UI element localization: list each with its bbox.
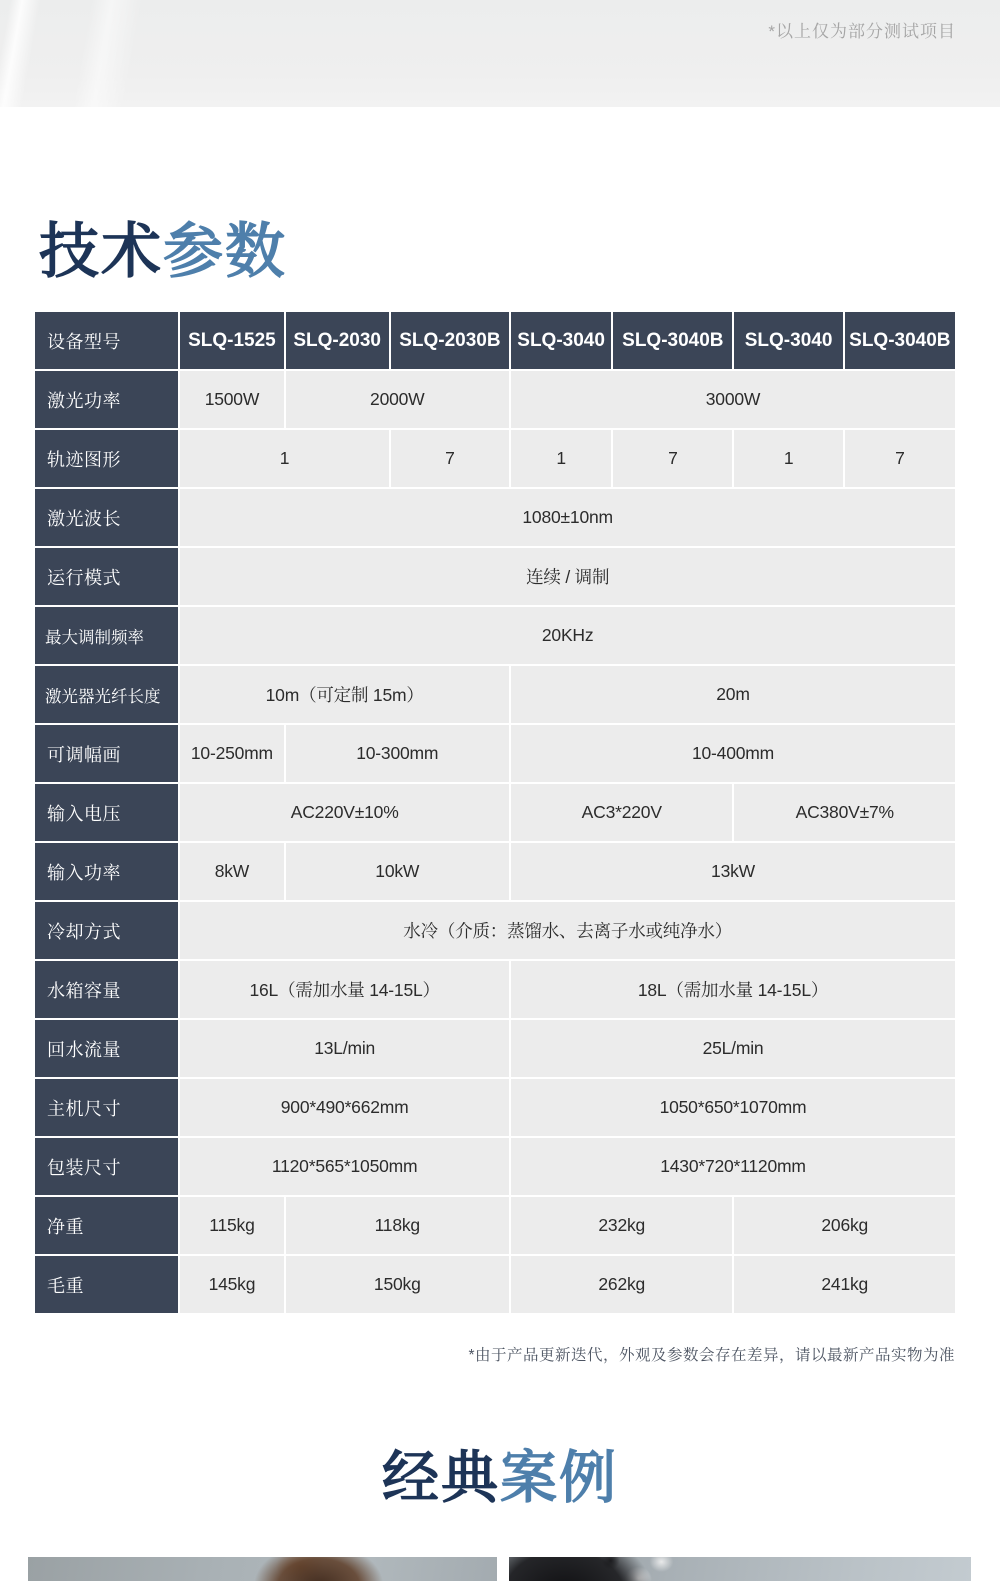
spec-value-cell: 1120*565*1050mm (179, 1137, 510, 1196)
spec-value-cell: 7 (390, 429, 510, 488)
spec-value-cell: 900*490*662mm (179, 1078, 510, 1137)
spec-table-row: 运行模式连续 / 调制 (34, 547, 956, 606)
spec-row-label: 毛重 (34, 1255, 179, 1314)
spec-value-cell: 16L（需加水量 14-15L） (179, 960, 510, 1019)
spec-value-cell: 1 (179, 429, 389, 488)
case-photo-rusty-metal-part (28, 1557, 497, 1581)
model-header-3: SLQ-3040 (510, 311, 612, 370)
spec-value-cell: 1050*650*1070mm (510, 1078, 956, 1137)
spec-row-label: 回水流量 (34, 1019, 179, 1078)
case-photo-engine-block (509, 1557, 971, 1581)
spec-value-cell: 10m（可定制 15m） (179, 665, 510, 724)
spec-value-cell: 18L（需加水量 14-15L） (510, 960, 956, 1019)
classic-cases-title-dark: 经典 (382, 1446, 500, 1510)
spec-row-label: 轨迹图形 (34, 429, 179, 488)
spec-table-row: 最大调制频率20KHz (34, 606, 956, 665)
spec-row-label: 激光器光纤长度 (34, 665, 179, 724)
spec-table-row: 轨迹图形171717 (34, 429, 956, 488)
spec-value-cell: 13kW (510, 842, 956, 901)
model-header-2: SLQ-2030B (390, 311, 510, 370)
spec-value-cell: 10-400mm (510, 724, 956, 783)
spec-table-row: 激光器光纤长度10m（可定制 15m）20m (34, 665, 956, 724)
spec-value-cell: 262kg (510, 1255, 733, 1314)
spec-value-cell: 1430*720*1120mm (510, 1137, 956, 1196)
spec-table: 设备型号SLQ-1525SLQ-2030SLQ-2030BSLQ-3040SLQ… (33, 310, 957, 1315)
spec-value-cell: 8kW (179, 842, 284, 901)
spec-row-label: 主机尺寸 (34, 1078, 179, 1137)
spec-value-cell: AC3*220V (510, 783, 733, 842)
tech-params-title: 技术参数 (39, 222, 287, 282)
spec-row-label: 净重 (34, 1196, 179, 1255)
model-header-6: SLQ-3040B (844, 311, 956, 370)
spec-value-cell: 10kW (285, 842, 510, 901)
spec-value-cell: 118kg (285, 1196, 510, 1255)
spec-table-row: 毛重145kg150kg262kg241kg (34, 1255, 956, 1314)
tech-params-title-dark: 技术 (39, 218, 163, 285)
spec-value-cell: 2000W (285, 370, 510, 429)
spec-value-cell: 1080±10nm (179, 488, 956, 547)
spec-footnote: *由于产品更新迭代，外观及参数会存在差异，请以最新产品实物为准 (468, 1343, 955, 1365)
spec-value-cell: AC220V±10% (179, 783, 510, 842)
spec-value-cell: 115kg (179, 1196, 284, 1255)
spec-value-cell: 145kg (179, 1255, 284, 1314)
model-header-5: SLQ-3040 (733, 311, 843, 370)
spec-value-cell: 10-250mm (179, 724, 284, 783)
spec-table-row: 激光波长1080±10nm (34, 488, 956, 547)
spec-value-cell: 水冷（介质：蒸馏水、去离子水或纯净水） (179, 901, 956, 960)
spec-value-cell: AC380V±7% (733, 783, 956, 842)
spec-header-label: 设备型号 (34, 311, 179, 370)
spec-table-row: 回水流量13L/min25L/min (34, 1019, 956, 1078)
spec-value-cell: 1 (733, 429, 843, 488)
model-header-1: SLQ-2030 (285, 311, 390, 370)
spec-value-cell: 206kg (733, 1196, 956, 1255)
model-header-0: SLQ-1525 (179, 311, 284, 370)
spec-value-cell: 20m (510, 665, 956, 724)
spec-table-row: 冷却方式水冷（介质：蒸馏水、去离子水或纯净水） (34, 901, 956, 960)
model-header-4: SLQ-3040B (612, 311, 733, 370)
spec-value-cell: 232kg (510, 1196, 733, 1255)
spec-value-cell: 1500W (179, 370, 284, 429)
spec-table-row: 水箱容量16L（需加水量 14-15L）18L（需加水量 14-15L） (34, 960, 956, 1019)
spec-row-label: 激光波长 (34, 488, 179, 547)
spec-table-row: 净重115kg118kg232kg206kg (34, 1196, 956, 1255)
spec-value-cell: 25L/min (510, 1019, 956, 1078)
spec-row-label: 输入功率 (34, 842, 179, 901)
spec-row-label: 输入电压 (34, 783, 179, 842)
spec-value-cell: 10-300mm (285, 724, 510, 783)
spec-row-label: 激光功率 (34, 370, 179, 429)
spec-value-cell: 7 (844, 429, 956, 488)
spec-row-label: 运行模式 (34, 547, 179, 606)
test-items-disclaimer: *以上仅为部分测试项目 (768, 17, 956, 42)
spec-table-row: 输入功率8kW10kW13kW (34, 842, 956, 901)
spec-table-header-row: 设备型号SLQ-1525SLQ-2030SLQ-2030BSLQ-3040SLQ… (34, 311, 956, 370)
spec-row-label: 可调幅画 (34, 724, 179, 783)
classic-cases-title: 经典案例 (0, 1450, 1000, 1507)
spec-value-cell: 150kg (285, 1255, 510, 1314)
spec-value-cell: 13L/min (179, 1019, 510, 1078)
spec-value-cell: 241kg (733, 1255, 956, 1314)
tech-params-title-light: 参数 (163, 218, 287, 285)
spec-table-row: 可调幅画10-250mm10-300mm10-400mm (34, 724, 956, 783)
spec-row-label: 水箱容量 (34, 960, 179, 1019)
spec-table-row: 输入电压AC220V±10%AC3*220VAC380V±7% (34, 783, 956, 842)
spec-row-label: 冷却方式 (34, 901, 179, 960)
spec-value-cell: 3000W (510, 370, 956, 429)
spec-value-cell: 连续 / 调制 (179, 547, 956, 606)
spec-value-cell: 1 (510, 429, 612, 488)
top-banner: *以上仅为部分测试项目 (0, 0, 1000, 107)
spec-row-label: 最大调制频率 (34, 606, 179, 665)
spec-table-row: 激光功率1500W2000W3000W (34, 370, 956, 429)
classic-cases-title-light: 案例 (500, 1446, 618, 1510)
spec-value-cell: 20KHz (179, 606, 956, 665)
spec-value-cell: 7 (612, 429, 733, 488)
spec-table-row: 主机尺寸900*490*662mm1050*650*1070mm (34, 1078, 956, 1137)
spec-row-label: 包装尺寸 (34, 1137, 179, 1196)
spec-table-row: 包装尺寸1120*565*1050mm1430*720*1120mm (34, 1137, 956, 1196)
